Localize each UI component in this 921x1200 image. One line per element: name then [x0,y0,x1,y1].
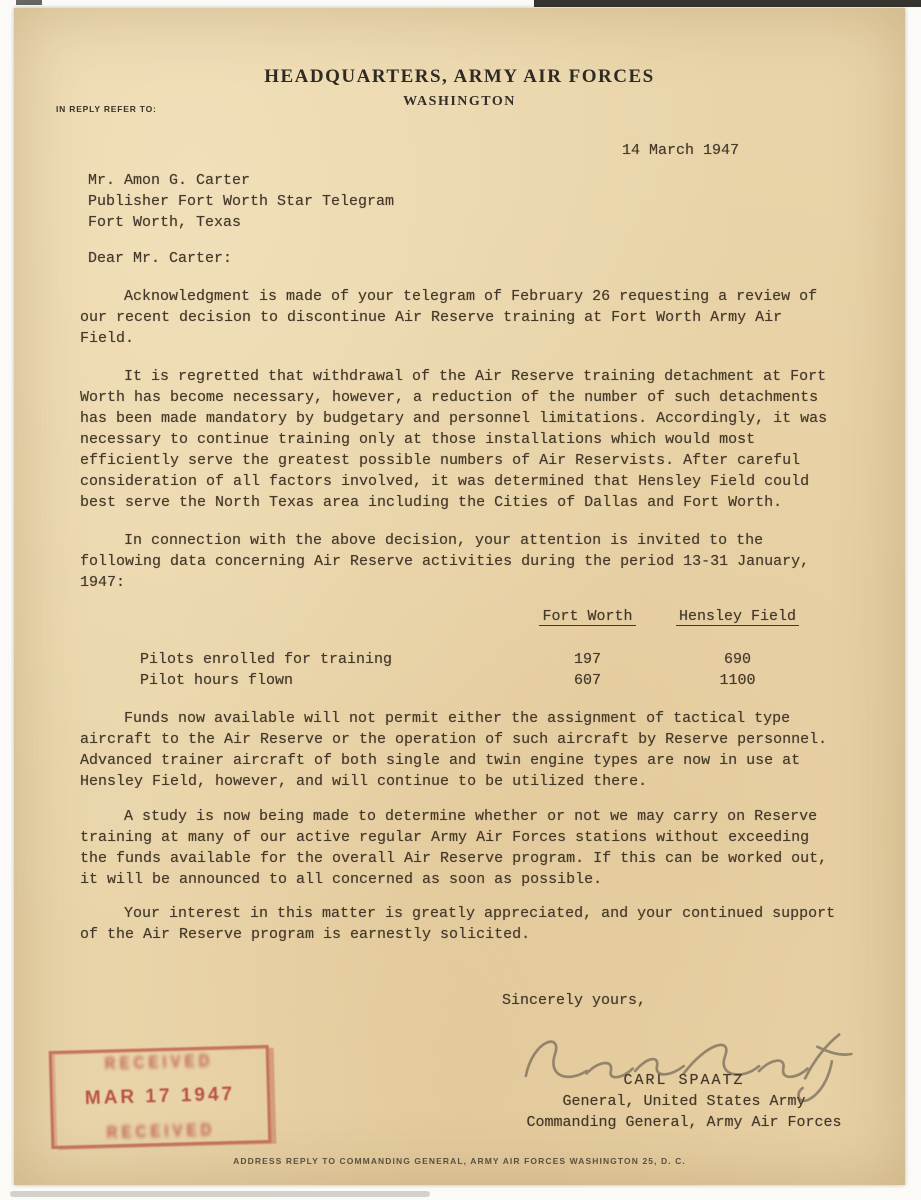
complimentary-close: Sincerely yours, [502,990,646,1011]
paragraph-2: It is regretted that withdrawal of the A… [80,366,840,513]
letterhead-title: HEADQUARTERS, ARMY AIR FORCES [14,66,905,88]
letter-body-continued: Funds now available will not permit eith… [80,708,840,962]
scan-edge-artifact [16,0,42,5]
stamp-bottom-text: RECEIVED [106,1120,215,1143]
letter-date: 14 March 1947 [622,140,739,161]
salutation: Dear Mr. Carter: [88,248,232,269]
paragraph-1: Acknowledgment is made of your telegram … [80,286,840,349]
signature-handwritten-text: Carl Spaatz [14,8,15,9]
scanned-letter-page: HEADQUARTERS, ARMY AIR FORCES WASHINGTON… [0,0,921,1200]
table-cell-hf-hours: 1100 [650,670,825,691]
column-header-fort-worth: Fort Worth [525,606,650,649]
letter-body: Acknowledgment is made of your telegram … [80,286,840,593]
paragraph-5: A study is now being made to determine w… [80,806,840,890]
stamp-top-text: RECEIVED [104,1051,213,1074]
recipient-address: Mr. Amon G. Carter Publisher Fort Worth … [88,170,394,233]
footer-address-instruction: ADDRESS REPLY TO COMMANDING GENERAL, ARM… [14,1156,905,1166]
paragraph-4: Funds now available will not permit eith… [80,708,840,792]
table-corner-spacer [140,606,525,649]
scan-edge-artifact [534,0,921,7]
table-cell-fw-pilots: 197 [525,649,650,670]
signer-title-2: Commanding General, Army Air Forces [454,1112,914,1133]
reply-reference-label: IN REPLY REFER TO: [56,104,157,114]
letter-paper: HEADQUARTERS, ARMY AIR FORCES WASHINGTON… [14,8,905,1185]
signature-block: CARL SPAATZ General, United States Army … [454,1070,914,1133]
table-cell-fw-hours: 607 [525,670,650,691]
recipient-name: Mr. Amon G. Carter [88,170,394,191]
received-date-stamp: RECEIVED MAR 17 1947 RECEIVED [49,1045,272,1149]
recipient-city: Fort Worth, Texas [88,212,394,233]
signer-name: CARL SPAATZ [454,1070,914,1091]
column-header-hensley-field: Hensley Field [650,606,825,649]
recipient-title: Publisher Fort Worth Star Telegram [88,191,394,212]
table-row-label: Pilots enrolled for training [140,649,525,670]
stamp-date: MAR 17 1947 [85,1084,236,1110]
statistics-table: Fort Worth Hensley Field Pilots enrolled… [140,606,860,691]
paragraph-6: Your interest in this matter is greatly … [80,903,840,945]
table-row-label: Pilot hours flown [140,670,525,691]
table-cell-hf-pilots: 690 [650,649,825,670]
scan-edge-artifact [10,1191,430,1197]
paragraph-3: In connection with the above decision, y… [80,530,840,593]
signer-title-1: General, United States Army [454,1091,914,1112]
